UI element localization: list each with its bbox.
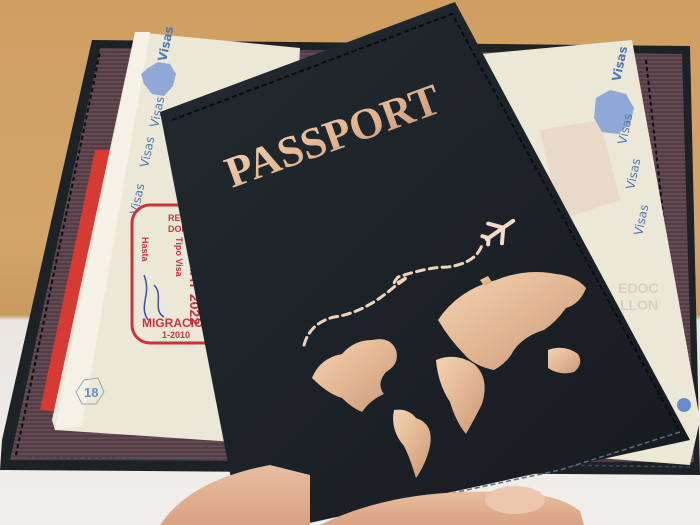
svg-text:18: 18 — [84, 385, 98, 400]
svg-text:Hasta: Hasta — [140, 237, 150, 263]
svg-text:LLON: LLON — [620, 297, 658, 313]
svg-text:EDOC: EDOC — [618, 280, 658, 296]
svg-text:Tipo Visa: Tipo Visa — [174, 237, 184, 278]
svg-text:1-2010: 1-2010 — [162, 330, 190, 340]
passport-scene: Visas Visas Visas Visas 18 REPUBLICA DOM… — [0, 0, 700, 525]
